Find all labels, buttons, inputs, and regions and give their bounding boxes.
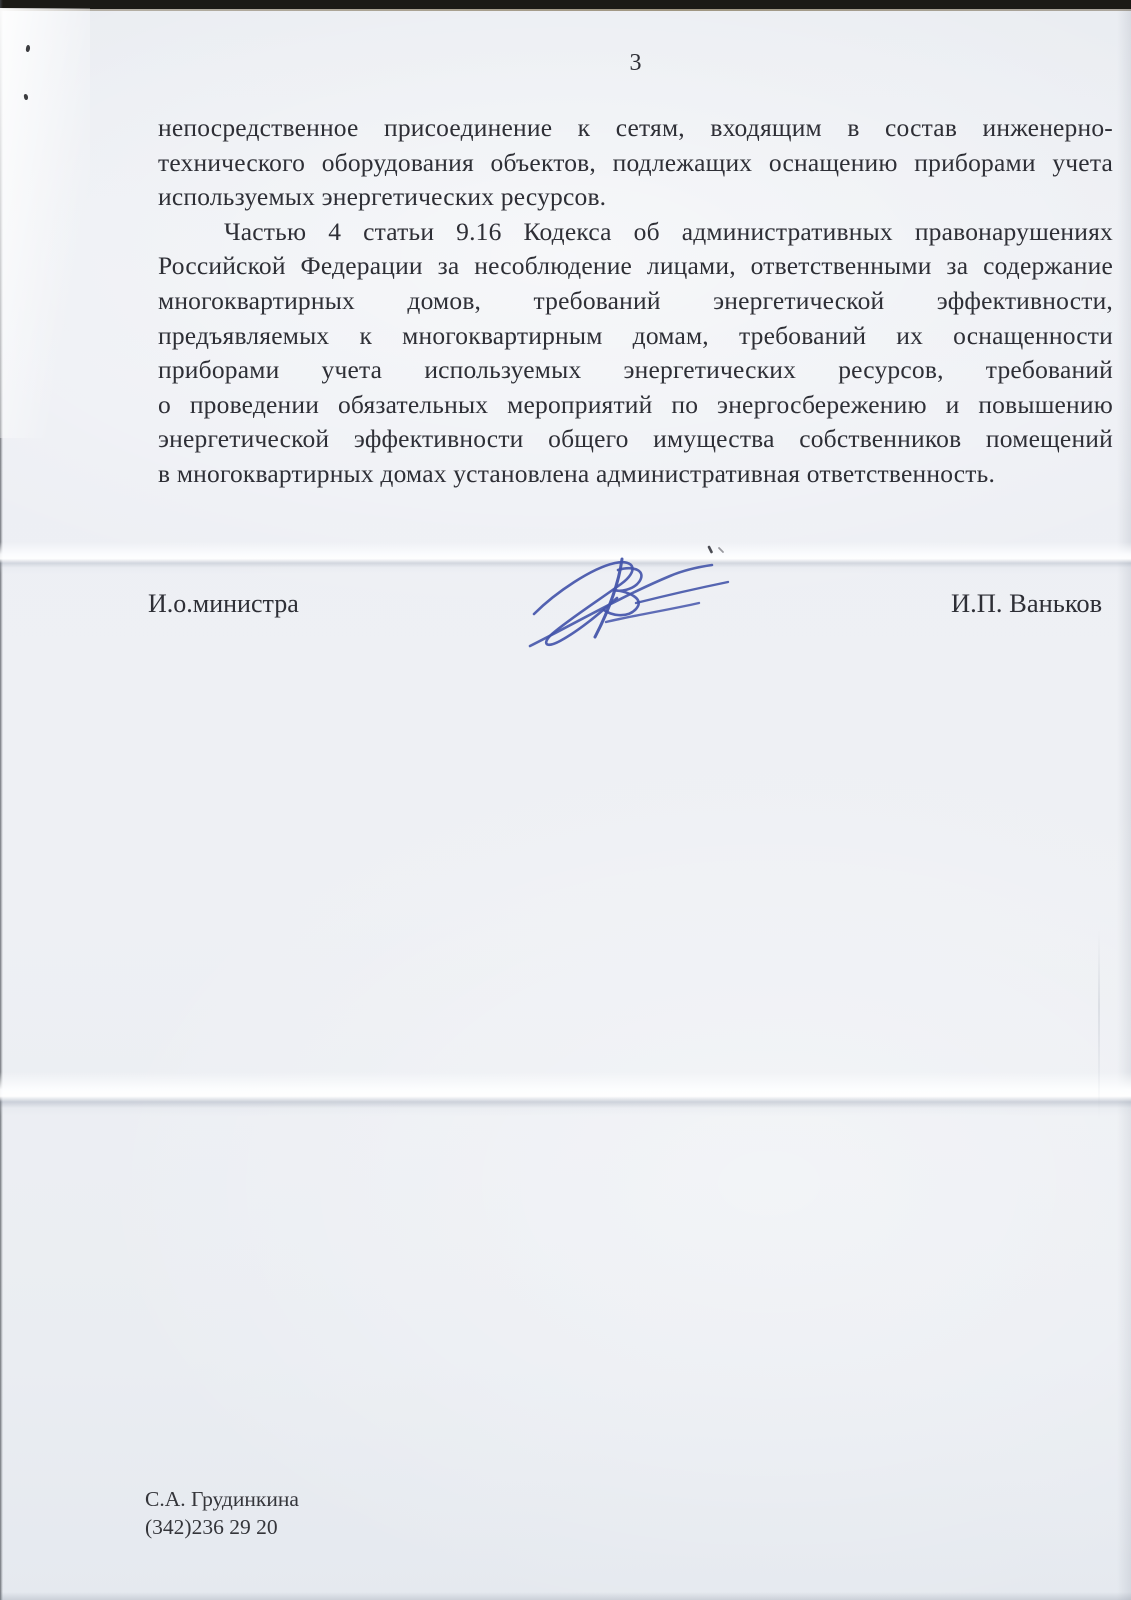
signer-name: И.П. Ваньков <box>951 588 1102 619</box>
text-line: используемых энергетических ресурсов. <box>158 180 1113 215</box>
paper-crease-vertical <box>1098 930 1100 1120</box>
signature-ink-strokes <box>530 559 728 646</box>
signature-autograph <box>518 540 750 667</box>
text-line: технического оборудования объектов, подл… <box>158 146 1113 181</box>
text-line: Российской Федерации за несоблюдение лиц… <box>158 249 1113 284</box>
page-number: 3 <box>158 50 1113 77</box>
scanned-page: 3 непосредственное присоединение к сетям… <box>0 0 1131 1600</box>
text-line: в многоквартирных домах установлена адми… <box>158 457 1113 492</box>
executor-block: С.А. Грудинкина (342)236 29 20 <box>145 1485 299 1541</box>
ink-speck-marks <box>709 547 723 552</box>
text-line: Частью 4 статьи 9.16 Кодекса об админист… <box>158 215 1113 250</box>
text-line: многоквартирных домов, требований энерге… <box>158 284 1113 319</box>
paragraph: Частью 4 статьи 9.16 Кодекса об админист… <box>158 215 1113 492</box>
executor-phone: (342)236 29 20 <box>145 1513 299 1541</box>
paper-corner-highlight <box>0 8 90 438</box>
body-text: непосредственное присоединение к сетям, … <box>158 111 1113 492</box>
paper-crease-lower <box>0 1072 1131 1116</box>
text-line: непосредственное присоединение к сетям, … <box>158 111 1113 146</box>
signature-position-title: И.о.министра <box>148 589 299 619</box>
paragraph: непосредственное присоединение к сетям, … <box>158 111 1113 215</box>
staple-mark <box>24 94 29 100</box>
text-line: предъявляемых к многоквартирным домам, т… <box>158 319 1113 354</box>
scan-edge-bottom <box>0 1592 1131 1600</box>
executor-name: С.А. Грудинкина <box>145 1485 299 1513</box>
text-line: приборами учета используемых энергетичес… <box>158 353 1113 388</box>
text-line: энергетической эффективности общего имущ… <box>158 422 1113 457</box>
text-line: о проведении обязательных мероприятий по… <box>158 388 1113 423</box>
scan-edge-top <box>0 0 1131 9</box>
